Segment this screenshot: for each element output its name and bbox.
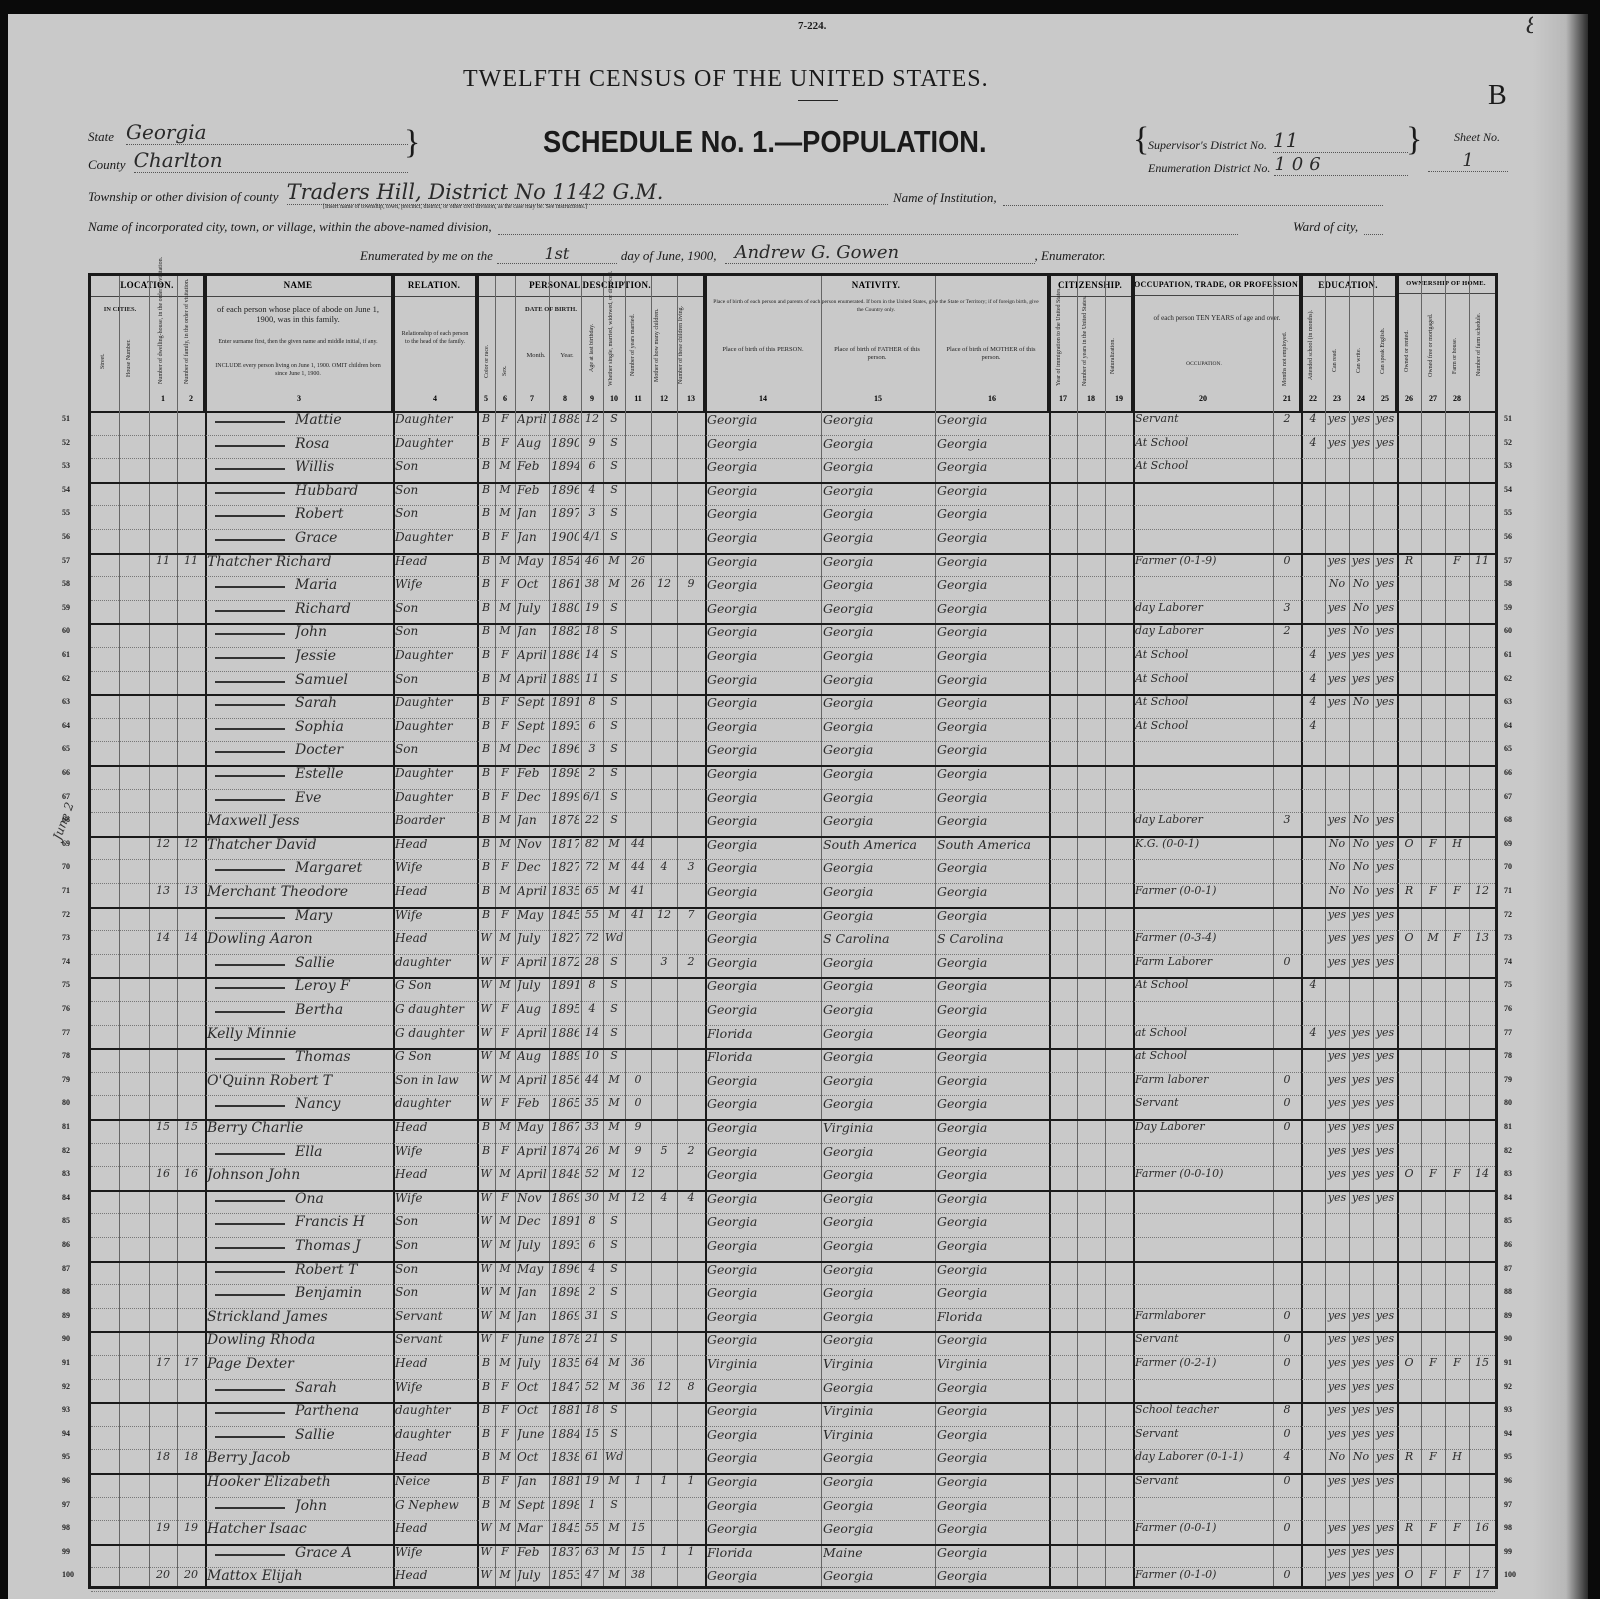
cell-rel: Wife: [395, 860, 475, 874]
cell-color: W: [479, 1238, 493, 1251]
table-row: NancydaughterWFFeb186535M0GeorgiaGeorgia…: [91, 1095, 1495, 1121]
cell-bm: South America: [937, 837, 1047, 852]
cell-age: 12: [583, 412, 601, 425]
cell-occ: School teacher: [1135, 1403, 1271, 1416]
cell-en: yes: [1375, 1427, 1395, 1440]
group-occupation-title: OCCUPATION, TRADE, OR PROFESSION: [1133, 280, 1299, 296]
cell-mar: Wd: [605, 1450, 623, 1463]
ditto-dash: [215, 964, 285, 966]
line-number: 93: [1504, 1405, 1512, 1414]
column-number: 16: [935, 394, 1049, 403]
cell-rel: daughter: [395, 955, 475, 969]
cell-year: 1837: [551, 1545, 579, 1559]
cell-year: 1889: [551, 1049, 579, 1063]
cell-year: 1869: [551, 1191, 579, 1205]
cell-bp: Georgia: [707, 1403, 819, 1418]
line-number: 61: [1504, 650, 1512, 659]
cell-year: 1845: [551, 908, 579, 922]
can-write-label: Can write.: [1355, 336, 1363, 386]
line-number: 76: [62, 1004, 70, 1013]
cell-month: Jan: [517, 1309, 547, 1323]
cell-name: Berry Charlie: [207, 1120, 391, 1136]
line-number: 56: [1504, 532, 1512, 541]
line-number: 65: [62, 744, 70, 753]
county-value: Charlton: [134, 148, 408, 173]
cell-color: B: [479, 719, 493, 732]
cell-color: B: [479, 601, 493, 614]
line-number: 82: [1504, 1146, 1512, 1155]
cell-wr: No: [1351, 813, 1371, 826]
cell-year: 1893: [551, 1238, 579, 1252]
cell-age: 4: [583, 483, 601, 496]
cell-fm: F: [1423, 1521, 1443, 1534]
cell-year: 1894: [551, 459, 579, 473]
cell-en: yes: [1375, 955, 1395, 968]
cell-sex: M: [497, 483, 513, 496]
cell-rel: Daughter: [395, 719, 475, 733]
cell-fh: H: [1447, 1450, 1467, 1463]
cell-own: O: [1399, 931, 1419, 944]
line-number: 65: [1504, 744, 1512, 753]
line-number: 75: [1504, 980, 1512, 989]
cell-rel: Daughter: [395, 790, 475, 804]
cell-month: Dec: [517, 1214, 547, 1228]
cell-age: 22: [583, 813, 601, 826]
cell-en: yes: [1375, 577, 1395, 590]
cell-bm: Georgia: [937, 1521, 1047, 1536]
cell-name: Mary: [295, 908, 389, 924]
cell-sex: F: [497, 790, 513, 803]
cell-en: yes: [1375, 1332, 1395, 1345]
cell-bm: Georgia: [937, 1450, 1047, 1465]
cell-mar: S: [605, 530, 623, 543]
line-number: 75: [62, 980, 70, 989]
group-education-title: EDUCATION.: [1301, 280, 1395, 297]
cell-rd: yes: [1327, 1403, 1347, 1416]
column-number: 1: [149, 394, 177, 403]
cell-fam: 20: [179, 1568, 203, 1581]
cell-year: 1845: [551, 1521, 579, 1535]
cell-age: 19: [583, 1474, 601, 1487]
cell-unemp: 0: [1275, 1332, 1299, 1345]
cell-sex: M: [497, 1285, 513, 1298]
cell-bf: Georgia: [823, 1332, 933, 1347]
column-number: 15: [821, 394, 935, 403]
cell-age: 6: [583, 459, 601, 472]
cell-bm: Georgia: [937, 624, 1047, 639]
state-value: Georgia: [126, 120, 408, 145]
cell-wr: yes: [1351, 1144, 1371, 1157]
cell-bp: Georgia: [707, 1521, 819, 1536]
table-row: MariaWifeBFOct186138M26129GeorgiaGeorgia…: [91, 576, 1495, 601]
cell-sex: M: [497, 554, 513, 567]
cell-bf: Virginia: [823, 1403, 933, 1418]
cell-dw: 13: [151, 884, 175, 897]
cell-sex: M: [497, 1498, 513, 1511]
city-value: [498, 222, 1238, 235]
cell-bm: Georgia: [937, 1403, 1047, 1418]
cell-rel: Daughter: [395, 530, 475, 544]
cell-mar: M: [605, 1144, 623, 1157]
cell-en: yes: [1375, 601, 1395, 614]
cell-age: 6/12: [583, 790, 601, 803]
cell-ym: 0: [627, 1073, 649, 1086]
line-number: 51: [62, 414, 70, 423]
cell-rd: yes: [1327, 624, 1347, 637]
cell-bm: Georgia: [937, 1545, 1047, 1560]
sheet-letter: B: [1488, 80, 1507, 112]
cell-bm: Georgia: [937, 1214, 1047, 1229]
table-row: 2020Mattox ElijahHeadWMJuly185347M38Geor…: [91, 1567, 1495, 1592]
cell-rd: yes: [1327, 1073, 1347, 1086]
cell-dw: 19: [151, 1521, 175, 1534]
cell-en: yes: [1375, 1403, 1395, 1416]
cell-bp: Georgia: [707, 1285, 819, 1300]
table-row: Thomas JSonWMJuly18936SGeorgiaGeorgiaGeo…: [91, 1237, 1495, 1263]
cell-month: Aug: [517, 436, 547, 450]
line-number: 56: [62, 532, 70, 541]
column-number: 11: [625, 394, 651, 403]
cell-rd: yes: [1327, 412, 1347, 425]
table-row: WillisSonBMFeb18946SGeorgiaGeorgiaGeorgi…: [91, 458, 1495, 484]
cell-sex: M: [497, 506, 513, 519]
cell-color: B: [479, 1498, 493, 1511]
cell-rel: Neice: [395, 1474, 475, 1488]
cell-fh: F: [1447, 1568, 1467, 1581]
cell-sex: F: [497, 577, 513, 590]
cell-own: R: [1399, 554, 1419, 567]
cell-ym: 0: [627, 1096, 649, 1109]
cell-ch: 9: [679, 577, 703, 590]
cell-en: yes: [1375, 412, 1395, 425]
cell-mar: M: [605, 577, 623, 590]
cell-color: B: [479, 837, 493, 850]
cell-bf: Georgia: [823, 884, 933, 899]
line-number: 76: [1504, 1004, 1512, 1013]
line-number: 83: [62, 1169, 70, 1178]
line-number: 86: [62, 1240, 70, 1249]
cell-occ: K.G. (0-0-1): [1135, 837, 1271, 850]
cell-bp: Georgia: [707, 577, 819, 592]
cell-rel: Daughter: [395, 695, 475, 709]
cell-bm: Georgia: [937, 1167, 1047, 1182]
cell-occ: Servant: [1135, 1474, 1271, 1487]
cell-unemp: 0: [1275, 554, 1299, 567]
ward-value: [1364, 222, 1383, 235]
cell-sex: F: [497, 1096, 513, 1109]
cell-bf: Georgia: [823, 1144, 933, 1159]
line-number: 100: [1504, 1570, 1516, 1579]
cell-unemp: 0: [1275, 1521, 1299, 1534]
ward-label: Ward of city,: [1293, 219, 1358, 235]
cell-bf: Georgia: [823, 530, 933, 545]
cell-wr: yes: [1351, 1309, 1371, 1322]
table-row: MattieDaughterBFApril188812SGeorgiaGeorg…: [91, 411, 1495, 436]
cell-bm: Georgia: [937, 813, 1047, 828]
can-read-label: Can read.: [1331, 336, 1339, 386]
cell-year: 1886: [551, 1026, 579, 1040]
cell-month: Feb: [517, 483, 547, 497]
cell-name: Sarah: [295, 695, 389, 711]
cell-bm: Florida: [937, 1309, 1047, 1324]
cell-wr: yes: [1351, 1380, 1371, 1393]
cell-age: 8: [583, 695, 601, 708]
cell-age: 3: [583, 742, 601, 755]
group-name: NAME of each person whose place of abode…: [205, 276, 393, 411]
cell-month: April: [517, 884, 547, 898]
cell-bm: Georgia: [937, 1427, 1047, 1442]
cell-year: 1867: [551, 1120, 579, 1134]
cell-mar: M: [605, 837, 623, 850]
cell-occ: at School: [1135, 1026, 1271, 1039]
cell-occ: day Laborer (0-1-1): [1135, 1450, 1271, 1463]
cell-mar: M: [605, 554, 623, 567]
cell-bm: Georgia: [937, 436, 1047, 451]
column-number: 3: [205, 394, 393, 403]
cell-color: B: [479, 884, 493, 897]
cell-name: Samuel: [295, 672, 389, 688]
cell-rel: Son: [395, 601, 475, 615]
cell-color: B: [479, 860, 493, 873]
cell-bp: Florida: [707, 1026, 819, 1041]
cell-bp: Georgia: [707, 1238, 819, 1253]
column-number: 22: [1301, 394, 1325, 403]
cell-rel: Son: [395, 1214, 475, 1228]
cell-name: John: [295, 1498, 389, 1514]
cell-bf: Virginia: [823, 1120, 933, 1135]
line-number: 70: [1504, 862, 1512, 871]
cell-age: 35: [583, 1096, 601, 1109]
cell-name: Mattox Elijah: [207, 1568, 391, 1584]
cell-mar: Wd: [605, 931, 623, 944]
cell-rel: Head: [395, 554, 475, 568]
cell-ym: 26: [627, 554, 649, 567]
ditto-dash: [215, 1247, 285, 1249]
cell-mar: S: [605, 766, 623, 779]
cell-color: B: [479, 648, 493, 661]
cell-rel: Son: [395, 624, 475, 638]
cell-bm: Georgia: [937, 1238, 1047, 1253]
cell-sch: 4: [1303, 978, 1323, 991]
census-sheet: 7-224. 855 TWELFTH CENSUS OF THE UNITED …: [8, 14, 1588, 1599]
cell-bm: Georgia: [937, 1120, 1047, 1135]
cell-color: W: [479, 931, 493, 944]
cell-sch: 4: [1303, 672, 1323, 685]
cell-wr: yes: [1351, 1096, 1371, 1109]
cell-color: B: [479, 436, 493, 449]
table-row: Francis HSonWMDec18918SGeorgiaGeorgiaGeo…: [91, 1213, 1495, 1238]
cell-mar: M: [605, 1191, 623, 1204]
line-number: 51: [1504, 414, 1512, 423]
cell-name: Hooker Elizabeth: [207, 1474, 391, 1490]
enum-district-label: Enumeration District No.: [1148, 161, 1270, 176]
cell-color: W: [479, 1073, 493, 1086]
cell-color: B: [479, 813, 493, 826]
cell-rd: yes: [1327, 1332, 1347, 1345]
cell-age: 33: [583, 1120, 601, 1133]
cell-bf: Georgia: [823, 1167, 933, 1182]
ditto-dash: [215, 1058, 285, 1060]
schedule-title: SCHEDULE No. 1.—POPULATION.: [543, 124, 987, 160]
cell-bm: Georgia: [937, 554, 1047, 569]
cell-wr: yes: [1351, 1356, 1371, 1369]
cell-occ: Farmlaborer: [1135, 1309, 1271, 1322]
line-number: 67: [62, 792, 70, 801]
cell-mar: S: [605, 790, 623, 803]
farm-schedule-label: Number of farm schedule.: [1475, 304, 1483, 386]
street-label: Street.: [99, 336, 107, 386]
line-number: 97: [62, 1500, 70, 1509]
state-label: State: [88, 129, 114, 145]
cell-mar: S: [605, 1026, 623, 1039]
cell-rel: Head: [395, 837, 475, 851]
ditto-dash: [215, 751, 285, 753]
cell-wr: yes: [1351, 1403, 1371, 1416]
cell-sex: M: [497, 742, 513, 755]
cell-age: 2: [583, 1285, 601, 1298]
immigration-label: Year of immigration to the United States…: [1055, 304, 1063, 386]
cell-rd: yes: [1327, 1026, 1347, 1039]
cell-year: 1838: [551, 1450, 579, 1464]
cell-month: Sept: [517, 695, 547, 709]
cell-rel: Wife: [395, 1191, 475, 1205]
cell-bf: Georgia: [823, 1521, 933, 1536]
cell-color: W: [479, 1262, 493, 1275]
cell-ch: 2: [679, 1144, 703, 1157]
cell-unemp: 0: [1275, 1096, 1299, 1109]
cell-color: B: [479, 695, 493, 708]
line-number: 53: [1504, 461, 1512, 470]
line-number: 88: [1504, 1287, 1512, 1296]
cell-en: yes: [1375, 1073, 1395, 1086]
cell-name: Sallie: [295, 955, 389, 971]
cell-age: 28: [583, 955, 601, 968]
cell-ch: 2: [679, 955, 703, 968]
line-number: 58: [1504, 579, 1512, 588]
cell-en: yes: [1375, 1191, 1395, 1204]
line-number: 68: [1504, 815, 1512, 824]
institution-field: Name of Institution,: [893, 190, 1383, 206]
cell-en: yes: [1375, 1545, 1395, 1558]
months-unemployed-label: Months not employed.: [1281, 332, 1289, 386]
cell-bf: Georgia: [823, 1073, 933, 1088]
cell-month: May: [517, 1262, 547, 1276]
cell-wr: yes: [1351, 931, 1371, 944]
cell-en: yes: [1375, 908, 1395, 921]
line-number: 77: [1504, 1028, 1512, 1037]
line-number: 85: [62, 1216, 70, 1225]
cell-mar: S: [605, 955, 623, 968]
cell-bm: Georgia: [937, 860, 1047, 875]
cell-fh: F: [1447, 931, 1467, 944]
cell-month: Nov: [517, 837, 547, 851]
cell-name: Richard: [295, 601, 389, 617]
cell-bp: Georgia: [707, 1144, 819, 1159]
cell-fh: F: [1447, 1356, 1467, 1369]
cell-age: 18: [583, 624, 601, 637]
cell-bm: Georgia: [937, 577, 1047, 592]
cell-name: Thomas J: [295, 1238, 389, 1254]
cell-unemp: 2: [1275, 624, 1299, 637]
cell-year: 1881: [551, 1403, 579, 1417]
cell-dw: 20: [151, 1568, 175, 1581]
name-include: INCLUDE every person living on June 1, 1…: [213, 362, 383, 378]
cell-en: yes: [1375, 860, 1395, 873]
cell-fam: 18: [179, 1450, 203, 1463]
cell-name: Maxwell Jess: [207, 813, 391, 829]
cell-sex: M: [497, 624, 513, 637]
table-row: SarahWifeBFOct184752M36128GeorgiaGeorgia…: [91, 1379, 1495, 1405]
cell-sex: F: [497, 955, 513, 968]
cell-en: yes: [1375, 436, 1395, 449]
cell-year: 1865: [551, 1096, 579, 1110]
cell-color: B: [479, 483, 493, 496]
cell-year: 1889: [551, 672, 579, 686]
cell-ym: 44: [627, 860, 649, 873]
cell-own: O: [1399, 1167, 1419, 1180]
cell-mar: M: [605, 1120, 623, 1133]
name-instr: Enter surname first, then the given name…: [213, 338, 383, 346]
cell-age: 38: [583, 577, 601, 590]
cell-age: 1: [583, 1498, 601, 1511]
cell-bm: Georgia: [937, 766, 1047, 781]
cell-sex: M: [497, 1450, 513, 1463]
cell-wr: yes: [1351, 1545, 1371, 1558]
cell-own: R: [1399, 1521, 1419, 1534]
cell-rel: G daughter: [395, 1026, 475, 1040]
table-row: 1212Thatcher DavidHeadBMNov181782M44Geor…: [91, 836, 1495, 861]
cell-wr: yes: [1351, 1073, 1371, 1086]
cell-en: yes: [1375, 1356, 1395, 1369]
cell-color: W: [479, 1332, 493, 1345]
cell-name: Hatcher Isaac: [207, 1521, 391, 1537]
column-number: 6: [495, 394, 515, 403]
cell-age: 64: [583, 1356, 601, 1369]
cell-sch: 4: [1303, 1026, 1323, 1039]
cell-age: 26: [583, 1144, 601, 1157]
cell-bp: Georgia: [707, 766, 819, 781]
cell-mar: S: [605, 1049, 623, 1062]
cell-sex: F: [497, 436, 513, 449]
ditto-dash: [215, 657, 285, 659]
cell-name: Eve: [295, 790, 389, 806]
cell-name: Thatcher David: [207, 837, 391, 853]
cell-month: April: [517, 1026, 547, 1040]
table-row: 1616Johnson JohnHeadWMApril184852M12Geor…: [91, 1166, 1495, 1192]
cell-rel: daughter: [395, 1403, 475, 1417]
cell-fs: 14: [1471, 1167, 1493, 1180]
ditto-dash: [215, 917, 285, 919]
nativity-desc: Place of birth of each person and parent…: [711, 298, 1041, 314]
attended-school-label: Attended school (in months).: [1307, 304, 1315, 386]
cell-age: 15: [583, 1427, 601, 1440]
cell-bm: Georgia: [937, 1191, 1047, 1206]
cell-unemp: 0: [1275, 1474, 1299, 1487]
cell-own: O: [1399, 1568, 1419, 1581]
group-location: LOCATION. IN CITIES. Street. House Numbe…: [91, 276, 205, 411]
cell-ym: 41: [627, 908, 649, 921]
cell-month: Oct: [517, 1380, 547, 1394]
cell-mo: 3: [653, 955, 675, 968]
cell-occ: Servant: [1135, 1096, 1271, 1109]
cell-color: B: [479, 412, 493, 425]
line-number: 68: [62, 815, 70, 824]
cell-en: yes: [1375, 554, 1395, 567]
cell-rel: G daughter: [395, 1002, 475, 1016]
cell-month: Oct: [517, 1450, 547, 1464]
cell-occ: At School: [1135, 695, 1271, 708]
cell-fs: 13: [1471, 931, 1493, 944]
